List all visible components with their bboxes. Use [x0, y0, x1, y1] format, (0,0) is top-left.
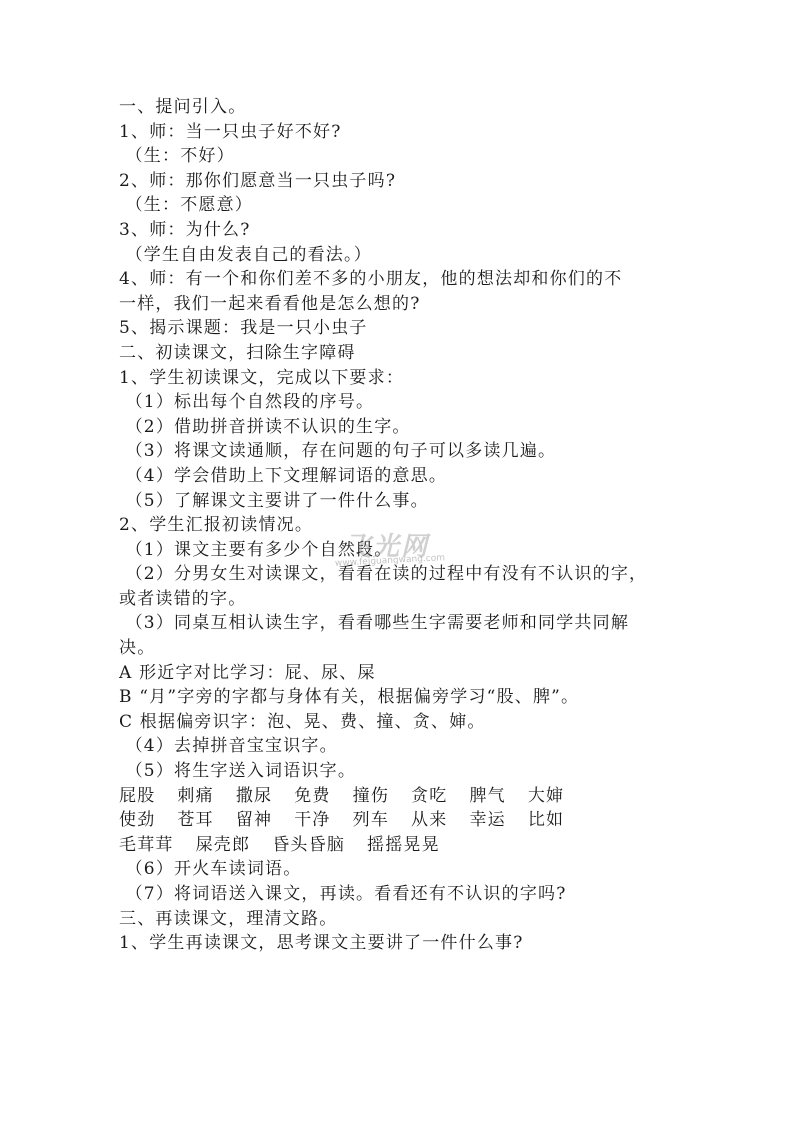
vocab-word: 贪吃: [411, 784, 447, 809]
vocab-word: 摇摇晃晃: [367, 833, 440, 858]
text-line: （1）课文主要有多少个自然段。: [119, 538, 679, 563]
section-heading: 二、初读课文，扫除生字障碍: [119, 341, 679, 366]
text-line: 1、学生再读课文，思考课文主要讲了一件什么事?: [119, 931, 679, 956]
section-heading: 三、再读课文，理清文路。: [119, 907, 679, 932]
text-line: C 根据偏旁识字：泡、晃、费、撞、贪、婶。: [119, 710, 679, 735]
text-line: （3）同桌互相认读生字，看看哪些生字需要老师和同学共同解: [119, 611, 679, 636]
text-line: （6）开火车读词语。: [119, 857, 679, 882]
vocab-word: 大婶: [528, 784, 564, 809]
text-line: （4）去掉拼音宝宝识字。: [119, 734, 679, 759]
text-line: A 形近字对比学习：屁、尿、屎: [119, 661, 679, 686]
vocab-word: 毛茸茸: [119, 833, 174, 858]
text-line: 决。: [119, 636, 679, 661]
vocab-word: 留神: [236, 808, 272, 833]
text-line: 3、师：为什么?: [119, 218, 679, 243]
vocab-word: 使劲: [119, 808, 155, 833]
text-line: 一样，我们一起来看看他是怎么想的?: [119, 292, 679, 317]
vocab-word: 列车: [353, 808, 389, 833]
vocab-row: 毛茸茸 屎壳郎 昏头昏脑 摇摇晃晃: [119, 833, 679, 858]
vocab-word: 撞伤: [353, 784, 389, 809]
text-line: 4、师：有一个和你们差不多的小朋友，他的想法却和你们的不: [119, 267, 679, 292]
vocab-word: 脾气: [469, 784, 505, 809]
text-line: 2、学生汇报初读情况。: [119, 513, 679, 538]
vocab-row: 使劲 苍耳 留神 干净 列车 从来 幸运 比如: [119, 808, 679, 833]
vocab-word: 免费: [294, 784, 330, 809]
text-line: 1、学生初读课文，完成以下要求：: [119, 366, 679, 391]
text-line: 或者读错的字。: [119, 587, 679, 612]
text-line: B “月”字旁的字都与身体有关，根据偏旁学习“股、脾”。: [119, 685, 679, 710]
text-line: 5、揭示课题：我是一只小虫子: [119, 316, 679, 341]
text-line: （学生自由发表自己的看法。）: [119, 243, 679, 268]
text-line: （7）将词语送入课文，再读。看看还有不认识的字吗?: [119, 882, 679, 907]
text-line: （5）将生字送入词语识字。: [119, 759, 679, 784]
text-line: （1）标出每个自然段的序号。: [119, 390, 679, 415]
vocab-word: 从来: [411, 808, 447, 833]
vocab-word: 比如: [528, 808, 564, 833]
vocab-word: 苍耳: [177, 808, 213, 833]
section-heading: 一、提问引入。: [119, 95, 679, 120]
vocab-word: 干净: [294, 808, 330, 833]
text-line: （3）将课文读通顺，存在问题的句子可以多读几遍。: [119, 439, 679, 464]
text-line: （2）分男女生对读课文，看看在读的过程中有没有不认识的字，: [119, 562, 679, 587]
vocab-word: 幸运: [469, 808, 505, 833]
vocab-word: 昏头昏脑: [272, 833, 345, 858]
text-line: （4）学会借助上下文理解词语的意思。: [119, 464, 679, 489]
text-line: （生：不愿意）: [119, 193, 679, 218]
text-line: 1、师：当一只虫子好不好?: [119, 120, 679, 145]
text-line: （2）借助拼音拼读不认识的生字。: [119, 415, 679, 440]
text-line: （5）了解课文主要讲了一件什么事。: [119, 489, 679, 514]
vocab-word: 屁股: [119, 784, 155, 809]
text-line: （生：不好）: [119, 144, 679, 169]
vocab-word: 屎壳郎: [196, 833, 251, 858]
vocab-word: 刺痛: [177, 784, 213, 809]
vocab-word: 撒尿: [236, 784, 272, 809]
vocab-row: 屁股 刺痛 撒尿 免费 撞伤 贪吃 脾气 大婶: [119, 784, 679, 809]
document-page: 一、提问引入。 1、师：当一只虫子好不好? （生：不好） 2、师：那你们愿意当一…: [119, 95, 679, 956]
text-line: 2、师：那你们愿意当一只虫子吗?: [119, 169, 679, 194]
